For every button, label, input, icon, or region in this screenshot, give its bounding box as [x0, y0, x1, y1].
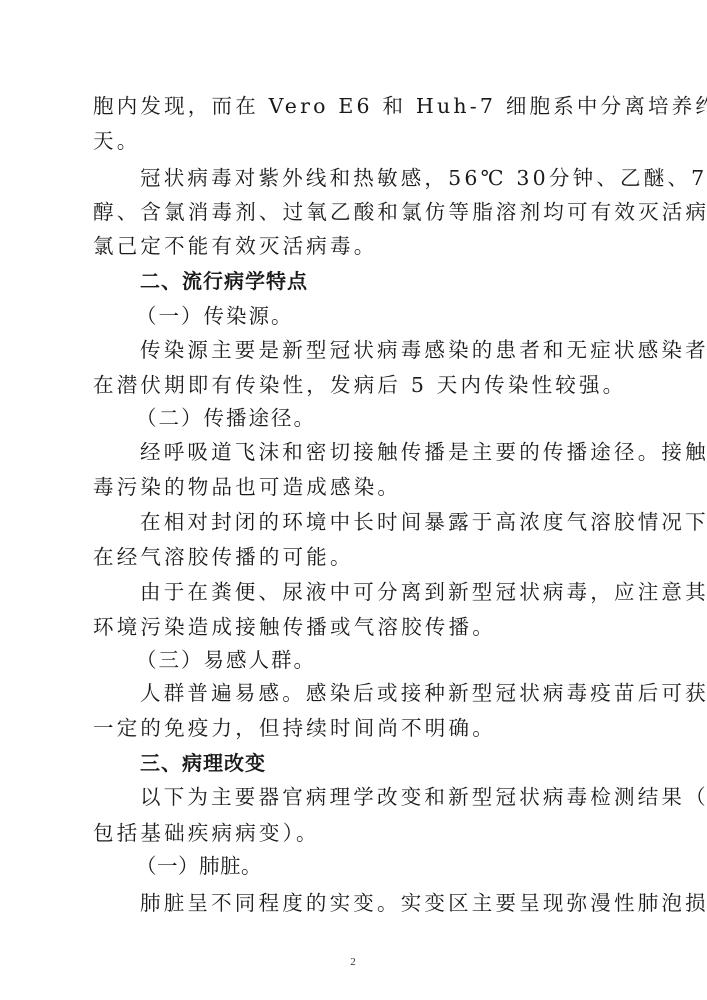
paragraph-start: 在相对封闭的环境中长时间暴露于高浓度气溶胶情况下存: [140, 509, 615, 535]
body-line: 在经气溶胶传播的可能。: [93, 544, 615, 570]
section-heading-pathology: 三、病理改变: [140, 750, 615, 776]
subheading-infection-source: （一）传染源。: [136, 303, 611, 329]
body-line: 氯己定不能有效灭活病毒。: [93, 233, 615, 259]
body-line: 胞内发现，而在 Vero E6 和 Huh-7 细胞系中分离培养约需 4～6: [93, 93, 615, 119]
section-heading-epidemiology: 二、流行病学特点: [140, 268, 615, 294]
paragraph-start: 经呼吸道飞沫和密切接触传播是主要的传播途径。接触病: [140, 439, 615, 465]
paragraph-start: 冠状病毒对紫外线和热敏感，56℃ 30分钟、乙醚、75%乙: [140, 165, 615, 191]
body-line: 一定的免疫力，但持续时间尚不明确。: [93, 715, 615, 741]
paragraph-start: 传染源主要是新型冠状病毒感染的患者和无症状感染者，: [140, 337, 615, 363]
body-line: 包括基础疾病病变）。: [93, 820, 615, 846]
page-number: 2: [345, 956, 361, 968]
subheading-susceptible-population: （三）易感人群。: [136, 647, 611, 673]
paragraph-start: 肺脏呈不同程度的实变。实变区主要呈现弥漫性肺泡损伤: [140, 890, 615, 916]
document-page: 胞内发现，而在 Vero E6 和 Huh-7 细胞系中分离培养约需 4～6 天…: [0, 0, 707, 1000]
body-line: 毒污染的物品也可造成感染。: [93, 474, 615, 500]
subheading-transmission-route: （二）传播途径。: [136, 405, 611, 431]
paragraph-start: 由于在粪便、尿液中可分离到新型冠状病毒，应注意其对: [140, 579, 615, 605]
paragraph-start: 以下为主要器官病理学改变和新型冠状病毒检测结果（不: [140, 784, 615, 810]
body-line: 天。: [93, 128, 615, 154]
body-line: 环境污染造成接触传播或气溶胶传播。: [93, 614, 615, 640]
body-line: 在潜伏期即有传染性，发病后 5 天内传染性较强。: [93, 372, 615, 398]
subheading-lung: （一）肺脏。: [136, 853, 611, 879]
body-line: 醇、含氯消毒剂、过氧乙酸和氯仿等脂溶剂均可有效灭活病毒，: [93, 199, 615, 225]
paragraph-start: 人群普遍易感。感染后或接种新型冠状病毒疫苗后可获得: [140, 680, 615, 706]
